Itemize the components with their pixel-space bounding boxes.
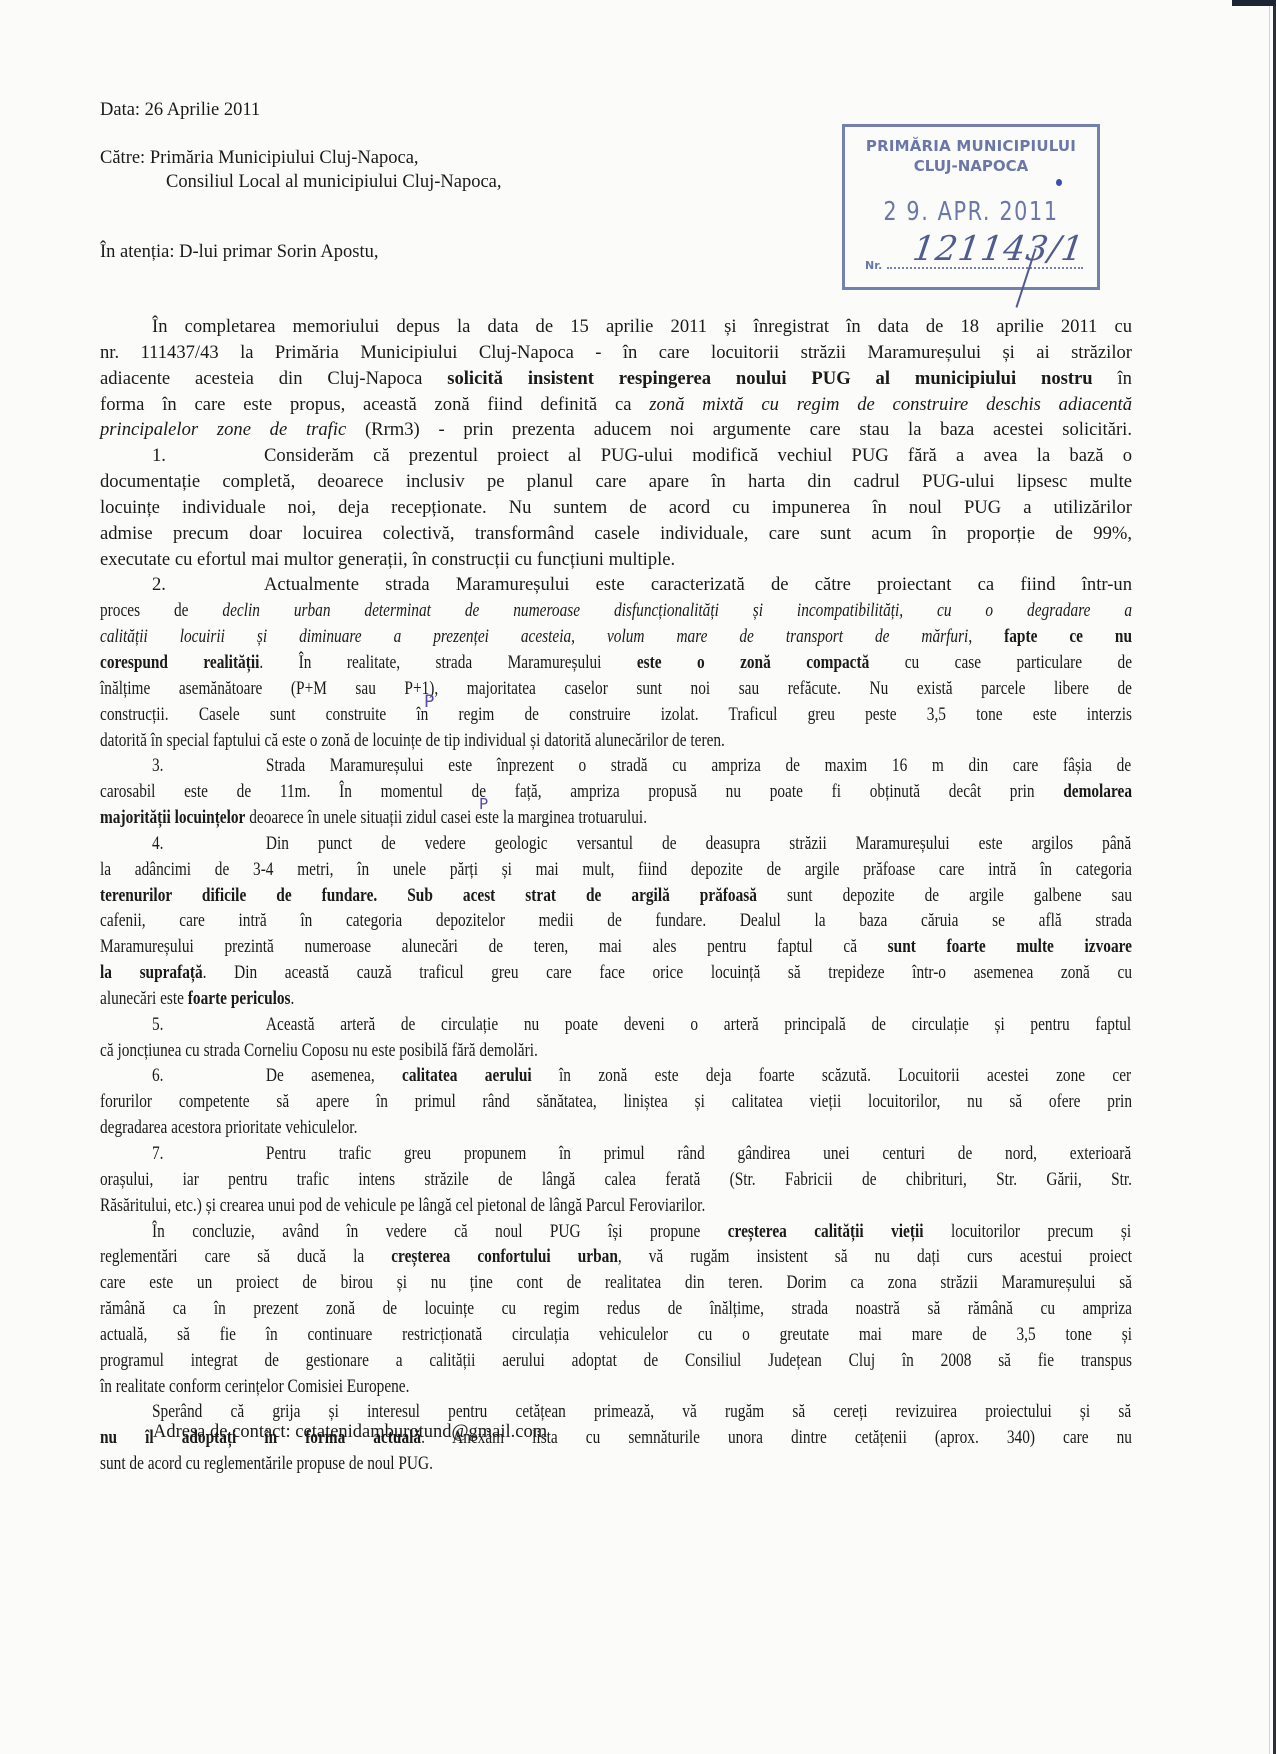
attention-line: În atenția: D-lui primar Sorin Apostu, — [100, 242, 379, 263]
body-line: degradarea acestora prioritate vehiculel… — [100, 1115, 1132, 1141]
scan-edge-shadow — [1269, 0, 1270, 1754]
body-line: la adâncimi de 3-4 metri, în unele părți… — [100, 857, 1132, 883]
list-number: 2. — [152, 572, 264, 598]
contact-label: Adresa de contact: — [153, 1422, 291, 1442]
list-number: 3. — [152, 753, 266, 779]
stamp-institution: PRIMĂRIA MUNICIPIULUI — [845, 137, 1097, 155]
stamp-ink-dot — [1056, 179, 1062, 186]
body-line: principalelor zone de trafic (Rrm3) - pr… — [100, 417, 1132, 443]
body-line: calității locuirii și diminuare a prezen… — [100, 624, 1132, 650]
stamp-city: CLUJ-NAPOCA — [845, 157, 1097, 175]
registration-stamp: PRIMĂRIA MUNICIPIULUI CLUJ-NAPOCA 2 9. A… — [842, 124, 1100, 290]
body-line: 2.Actualmente strada Maramureșului este … — [100, 572, 1132, 598]
body-line: majorității locuințelor deoarece în unel… — [100, 805, 1132, 831]
body-line: executate cu efortul mai multor generați… — [100, 547, 1132, 573]
recipient-label: Către: — [100, 148, 145, 168]
recipient-line-1: Către: Primăria Municipiului Cluj-Napoca… — [100, 148, 419, 169]
body-line: Maramureșului prezintă numeroase alunecă… — [100, 934, 1132, 960]
body-line: 1.Considerăm că prezentul proiect al PUG… — [100, 443, 1132, 469]
body-line: 7.Pentru trafic greu propunem în primul … — [100, 1141, 1132, 1167]
body-line: 3.Strada Maramureșului este înprezent o … — [100, 753, 1132, 779]
recipient-line-2: Consiliul Local al municipiului Cluj-Nap… — [100, 172, 502, 193]
body-line: documentație completă, deoarece inclusiv… — [100, 469, 1132, 495]
body-line: actuală, să fie în continuare restricțio… — [100, 1322, 1132, 1348]
recipient-2: Consiliul Local al municipiului Cluj-Nap… — [166, 172, 502, 192]
body-line: care este un proiect de birou și nu ține… — [100, 1270, 1132, 1296]
body-line: orașului, iar pentru trafic intens străz… — [100, 1167, 1132, 1193]
body-line: rămână ca în prezent zonă de locuințe cu… — [100, 1296, 1132, 1322]
body-line: că joncțiunea cu strada Corneliu Coposu … — [100, 1038, 1132, 1064]
contact-email: cetatenidamburotund@gmail.com — [295, 1422, 547, 1442]
body-line: la suprafață. Din această cauză traficul… — [100, 960, 1132, 986]
body-line: carosabil este de 11m. În momentul de fa… — [100, 779, 1132, 805]
body-line: corespund realității. În realitate, stra… — [100, 650, 1132, 676]
body-line: proces de declin urban determinat de num… — [100, 598, 1132, 624]
list-number: 5. — [152, 1012, 266, 1038]
letter-body: În completarea memoriului depus la data … — [100, 314, 1132, 1477]
list-number: 1. — [152, 443, 264, 469]
body-line: adiacente acesteia din Cluj-Napoca solic… — [100, 366, 1132, 392]
letter-date: Data: 26 Aprilie 2011 — [100, 100, 260, 121]
stamp-nr-label: Nr. — [865, 259, 882, 272]
body-line: În completarea memoriului depus la data … — [100, 314, 1132, 340]
list-number: 4. — [152, 831, 266, 857]
body-line: reglementări care să ducă la creșterea c… — [100, 1244, 1132, 1270]
body-line: datorită în special faptului că este o z… — [100, 728, 1132, 754]
handwritten-mark: P — [479, 795, 488, 813]
body-line: construcții. Casele sunt construite în r… — [100, 702, 1132, 728]
body-line: sunt de acord cu reglementările propuse … — [100, 1451, 1132, 1477]
list-number: 7. — [152, 1141, 266, 1167]
stamp-date: 2 9. APR. 2011 — [870, 197, 1072, 227]
body-line: terenurilor dificile de fundare. Sub ace… — [100, 883, 1132, 909]
recipient-1: Primăria Municipiului Cluj-Napoca, — [150, 148, 419, 168]
body-line: 6.De asemenea, calitatea aerului în zonă… — [100, 1063, 1132, 1089]
body-line: cafenii, care intră în categoria depozit… — [100, 908, 1132, 934]
body-line: în realitate conform cerințelor Comisiei… — [100, 1374, 1132, 1400]
body-line: forurilor competente să apere în primul … — [100, 1089, 1132, 1115]
body-line: locuințe individuale noi, deja recepțion… — [100, 495, 1132, 521]
body-line: programul integrat de gestionare a calit… — [100, 1348, 1132, 1374]
body-line: forma în care este propus, această zonă … — [100, 392, 1132, 418]
stamp-nr-handwritten: 121143/1 — [910, 229, 1087, 269]
handwritten-mark: P — [424, 692, 434, 712]
contact-line: Adresa de contact: cetatenidamburotund@g… — [153, 1422, 547, 1443]
list-number: 6. — [152, 1063, 266, 1089]
body-line: nr. 111437/43 la Primăria Municipiului C… — [100, 340, 1132, 366]
body-line: alunecări este foarte periculos. — [100, 986, 1132, 1012]
body-line: 4.Din punct de vedere geologic versantul… — [100, 831, 1132, 857]
body-line: 5.Această arteră de circulație nu poate … — [100, 1012, 1132, 1038]
body-line: admise precum doar locuirea colectivă, t… — [100, 521, 1132, 547]
body-line: În concluzie, având în vedere că noul PU… — [100, 1219, 1132, 1245]
body-line: Răsăritului, etc.) și crearea unui pod d… — [100, 1193, 1132, 1219]
scan-corner — [1232, 0, 1276, 6]
body-line: înălțime asemănătoare (P+M sau P+1), maj… — [100, 676, 1132, 702]
